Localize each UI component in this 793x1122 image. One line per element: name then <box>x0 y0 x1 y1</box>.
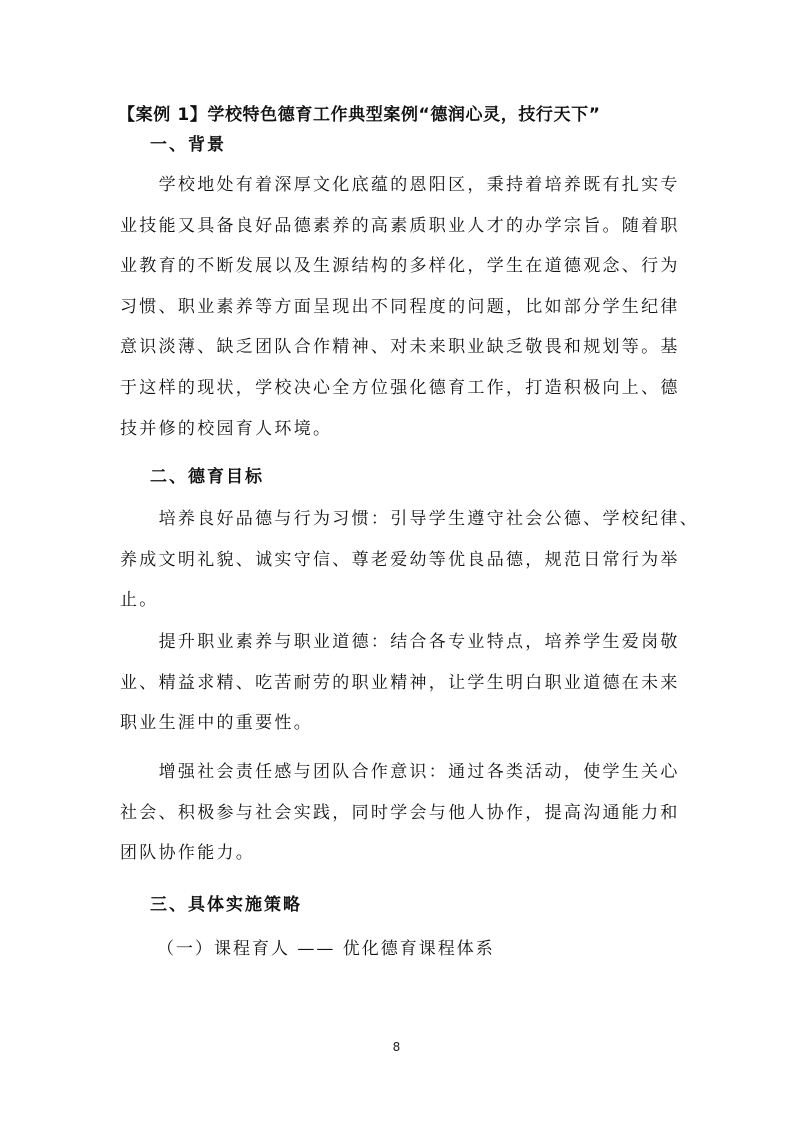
text-line: 社会、积极参与社会实践，同时学会与他人协作，提高沟通能力和 <box>120 793 680 834</box>
paragraph-goal-1: 培养良好品德与行为习惯：引导学生遵守社会公德、学校纪律、 养成文明礼貌、诚实守信… <box>120 499 680 621</box>
text-line: 团队协作能力。 <box>120 833 680 874</box>
text-line: 业教育的不断发展以及生源结构的多样化，学生在道德观念、行为 <box>120 246 680 287</box>
paragraph-background: 学校地处有着深厚文化底蕴的恩阳区，秉持着培养既有扎实专 业技能又具备良好品德素养… <box>120 165 680 449</box>
text-line: 习惯、职业素养等方面呈现出不同程度的问题，比如部分学生纪律 <box>120 287 680 328</box>
paragraph-goal-2: 提升职业素养与职业道德：结合各专业特点，培养学生爱岗敬 业、精益求精、吃苦耐劳的… <box>120 622 680 744</box>
page-number: 8 <box>0 1040 793 1054</box>
text-line: 增强社会责任感与团队合作意识：通过各类活动，使学生关心 <box>120 752 680 793</box>
section-heading-background: 一、背景 <box>150 130 226 155</box>
section-heading-strategies: 三、具体实施策略 <box>150 890 302 915</box>
text-line: 养成文明礼貌、诚实守信、尊老爱幼等优良品德，规范日常行为举 <box>120 540 680 581</box>
text-line: 止。 <box>120 580 680 621</box>
text-line: 学校地处有着深厚文化底蕴的恩阳区，秉持着培养既有扎实专 <box>120 165 680 206</box>
text-line: 培养良好品德与行为习惯：引导学生遵守社会公德、学校纪律、 <box>120 499 680 540</box>
text-line: 业技能又具备良好品德素养的高素质职业人才的办学宗旨。随着职 <box>120 206 680 247</box>
text-line: 于这样的现状，学校决心全方位强化德育工作，打造积极向上、德 <box>120 368 680 409</box>
subsection-heading-curriculum: （一）课程育人 —— 优化德育课程体系 <box>157 934 495 959</box>
paragraph-goal-3: 增强社会责任感与团队合作意识：通过各类活动，使学生关心 社会、积极参与社会实践，… <box>120 752 680 874</box>
text-line: 职业生涯中的重要性。 <box>120 703 680 744</box>
text-line: 业、精益求精、吃苦耐劳的职业精神，让学生明白职业道德在未来 <box>120 663 680 704</box>
text-line: 技并修的校园育人环境。 <box>120 409 680 450</box>
document-title: 【案例 1】学校特色德育工作典型案例“德润心灵，技行天下” <box>118 100 718 125</box>
section-heading-goals: 二、德育目标 <box>150 462 264 487</box>
text-line: 提升职业素养与职业道德：结合各专业特点，培养学生爱岗敬 <box>120 622 680 663</box>
text-line: 意识淡薄、缺乏团队合作精神、对未来职业缺乏敬畏和规划等。基 <box>120 327 680 368</box>
document-page: 【案例 1】学校特色德育工作典型案例“德润心灵，技行天下” 一、背景 学校地处有… <box>0 0 793 1122</box>
